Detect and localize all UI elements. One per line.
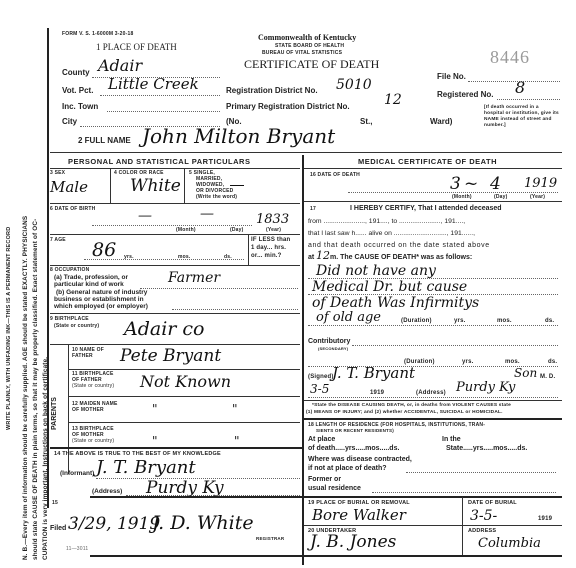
mother-bp-value-2[interactable]: " [234, 434, 240, 448]
in-state-2: State.....yrs.....mos.....ds. [446, 445, 527, 452]
dob-day-label: (Day) [230, 227, 244, 233]
cause-line-1[interactable]: Did not have any [316, 263, 436, 279]
date-of-death-dash: ~ [464, 174, 478, 194]
at-place-1: At place [308, 436, 335, 443]
certify-num: 17 [310, 206, 316, 212]
place-of-death-heading: 1 PLACE OF DEATH [96, 42, 177, 52]
occ-a2-label: particular kind of work [54, 281, 124, 288]
from-line: from ......................, 191...., to… [308, 218, 465, 225]
dob-year[interactable]: 1833 [256, 212, 289, 227]
burial-date-value[interactable]: 3-5- [470, 508, 497, 524]
at-label: at [308, 254, 314, 261]
registrar-label: REGISTRAR [256, 536, 284, 541]
hospital-note: [If death occurred in a hospital or inst… [484, 105, 560, 129]
age-label: 7 AGE [50, 237, 66, 243]
form-number: FORM V. S. 1-6000M 3-20-18 [62, 31, 133, 37]
if-less-3: or... min.? [251, 253, 282, 259]
full-name-value[interactable]: John Milton Bryant [142, 124, 335, 148]
duration-ds-2: ds. [548, 359, 557, 365]
birthplace-sub: (State or country) [54, 323, 99, 329]
footer-code: 11—3011 [66, 546, 88, 552]
dod-month-label: (Month) [452, 194, 472, 200]
margin-note-record: WRITE PLAINLY, WITH UNFADING INK—THIS IS… [6, 227, 12, 430]
state-title: Commonwealth of Kentucky [258, 33, 356, 42]
dod-year-label: (Year) [530, 194, 545, 200]
medical-heading: MEDICAL CERTIFICATE OF DEATH [358, 157, 497, 166]
reg-district-label: Registration District No. [226, 86, 318, 95]
father-name-value[interactable]: Pete Bryant [120, 346, 221, 366]
margin-note-line-2: should state CAUSE OF DEATH in plain ter… [32, 219, 39, 560]
reg-district-value[interactable]: 5010 [336, 77, 372, 93]
mother-name-value-1[interactable]: " [152, 402, 158, 416]
left-border [47, 28, 49, 508]
color-value[interactable]: White [130, 176, 181, 196]
inc-town-label: Inc. Town [62, 102, 98, 111]
burial-date-label: DATE OF BURIAL [468, 500, 517, 506]
signed-label: (Signed) [308, 374, 334, 380]
ward-label: Ward) [430, 117, 452, 126]
duration-yrs-1: yrs. [454, 318, 465, 324]
duration-mos-2: mos. [505, 359, 520, 365]
cause-line-2[interactable]: Medical Dr. but cause [312, 279, 467, 295]
occurred-line: and that death occurred on the date stat… [308, 242, 490, 249]
occupation-label: 8 OCCUPATION [50, 267, 89, 273]
filed-value[interactable]: 3/29, 1919 [68, 514, 160, 534]
date-of-death-year[interactable]: 1919 [524, 176, 557, 191]
cause-line-4[interactable]: of old age [316, 310, 381, 325]
date-of-death-month[interactable]: 3 [450, 174, 461, 194]
duration-label-1: (Duration) [401, 318, 432, 324]
informant-address-label: (Address) [92, 488, 122, 495]
father-bp-value[interactable]: Not Known [140, 372, 231, 391]
secondary-label: (SECONDARY) [318, 346, 348, 351]
cause-text: m. The CAUSE OF DEATH* was as follows: [330, 254, 472, 261]
registered-no-value[interactable]: 8 [515, 78, 525, 97]
signed-date[interactable]: 3-5 [310, 382, 329, 396]
date-of-death-day[interactable]: 4 [490, 174, 501, 194]
mother-name-label-2: OF MOTHER [72, 407, 104, 413]
vot-pct-label: Vot. Pct. [62, 86, 93, 95]
full-name-label: 2 FULL NAME [78, 136, 131, 145]
birthplace-value[interactable]: Adair co [124, 318, 205, 340]
margin-note-line-1: N. B.—Every item of information should b… [22, 216, 29, 560]
bureau-title: BUREAU OF VITAL STATISTICS [262, 50, 342, 56]
marital-mark [230, 185, 244, 186]
duration-yrs-2: yrs. [462, 359, 473, 365]
signed-suffix[interactable]: Son [514, 366, 537, 380]
burial-year: 1919 [538, 516, 552, 522]
duration-mos-1: mos. [497, 318, 512, 324]
section-divider [302, 155, 304, 565]
at-value[interactable]: 12 [316, 249, 330, 262]
primary-reg-label: Primary Registration District No. [226, 102, 350, 111]
city-label: City [62, 117, 77, 126]
certify-text: I HEREBY CERTIFY, That I attended deceas… [350, 205, 502, 212]
mother-bp-label-3: (State or country) [72, 438, 114, 444]
parents-label: PARENTS [51, 397, 58, 430]
county-value[interactable]: Adair [98, 56, 142, 75]
md-label: M. D. [540, 374, 555, 380]
contracted-1: Where was disease contracted, [308, 456, 412, 463]
certificate-title: CERTIFICATE OF DEATH [244, 57, 379, 72]
dob-day[interactable]: — [200, 206, 214, 222]
filed-num: 15 [52, 500, 58, 506]
board-title: STATE BOARD OF HEALTH [275, 43, 344, 49]
age-value[interactable]: 86 [92, 239, 116, 261]
mother-bp-value-1[interactable]: " [152, 434, 158, 448]
father-bp-label-3: (State or country) [72, 383, 114, 389]
signed-address-label: (Address) [416, 390, 446, 396]
occupation-value[interactable]: Farmer [168, 270, 220, 286]
dob-month-label: (Month) [176, 227, 196, 233]
occ-a-label: (a) Trade, profession, or [54, 274, 128, 281]
undertaker-value[interactable]: J. B. Jones [310, 532, 396, 552]
if-less-1: IF LESS than [251, 237, 290, 243]
registrar-value[interactable]: J. D. White [152, 512, 254, 534]
date-of-death-label: 16 DATE OF DEATH [310, 172, 360, 178]
st-label: St., [360, 117, 372, 126]
marital-label-5: (Write the word) [196, 194, 237, 200]
filed-label: Filed [50, 525, 66, 532]
at-place-2: of death.....yrs.....mos.....ds. [308, 445, 399, 452]
informant-label: (Informant) [60, 470, 94, 477]
burial-value[interactable]: Bore Walker [312, 506, 406, 524]
father-name-label-2: FATHER [72, 353, 93, 359]
dob-month[interactable]: — [138, 208, 152, 224]
in-state-1: In the [442, 436, 461, 443]
vot-pct-value[interactable]: Little Creek [108, 75, 199, 93]
cause-line-3[interactable]: of Death Was Infirmitys [312, 295, 479, 311]
occ-b2-label: business or establishment in [54, 296, 144, 303]
mother-name-value-2[interactable]: " [232, 402, 238, 416]
signed-address-value[interactable]: Purdy Ky [456, 380, 515, 395]
registered-no-label: Registered No. [437, 90, 493, 99]
signed-year: 1919 [370, 390, 384, 396]
personal-heading: PERSONAL AND STATISTICAL PARTICULARS [68, 157, 250, 166]
informant-value[interactable]: J. T. Bryant [96, 457, 196, 478]
sex-label: 3 SEX [50, 170, 65, 176]
dob-year-label: (Year) [266, 227, 281, 233]
duration-ds-1: ds. [545, 318, 554, 324]
county-label: County [62, 68, 90, 77]
occ-b3-label: which employed (or employer) [54, 303, 148, 310]
occ-b-label: (b) General nature of industry [56, 289, 147, 296]
primary-reg-value[interactable]: 12 [384, 92, 402, 108]
cause-note-1: *State the DISEASE CAUSING DEATH, or, in… [312, 403, 511, 408]
file-no-label: File No. [437, 72, 466, 81]
signed-value[interactable]: J. T. Bryant [332, 364, 415, 382]
former-1: Former or [308, 476, 341, 483]
undertaker-address-value[interactable]: Columbia [478, 536, 541, 551]
contributory-label: Contributory [308, 338, 350, 345]
cause-note-2: (1) MEANS OF INJURY; and (2) whether ACC… [306, 410, 503, 415]
sex-value[interactable]: Male [50, 178, 88, 196]
last-saw-line: that I last saw h...... alive on .......… [308, 230, 475, 237]
dod-day-label: (Day) [494, 194, 508, 200]
contracted-2: if not at place of death? [308, 465, 387, 472]
birthplace-label: 9 BIRTHPLACE [50, 316, 89, 322]
dob-label: 6 DATE OF BIRTH [50, 206, 95, 212]
if-less-2: 1 day... hrs. [251, 245, 286, 251]
former-2: usual residence [308, 485, 361, 492]
residence-label-2: SIENTS OR RECENT RESIDENTS) [316, 428, 394, 433]
stamp-number: 8446 [490, 47, 530, 68]
undertaker-address-label: ADDRESS [468, 528, 496, 534]
